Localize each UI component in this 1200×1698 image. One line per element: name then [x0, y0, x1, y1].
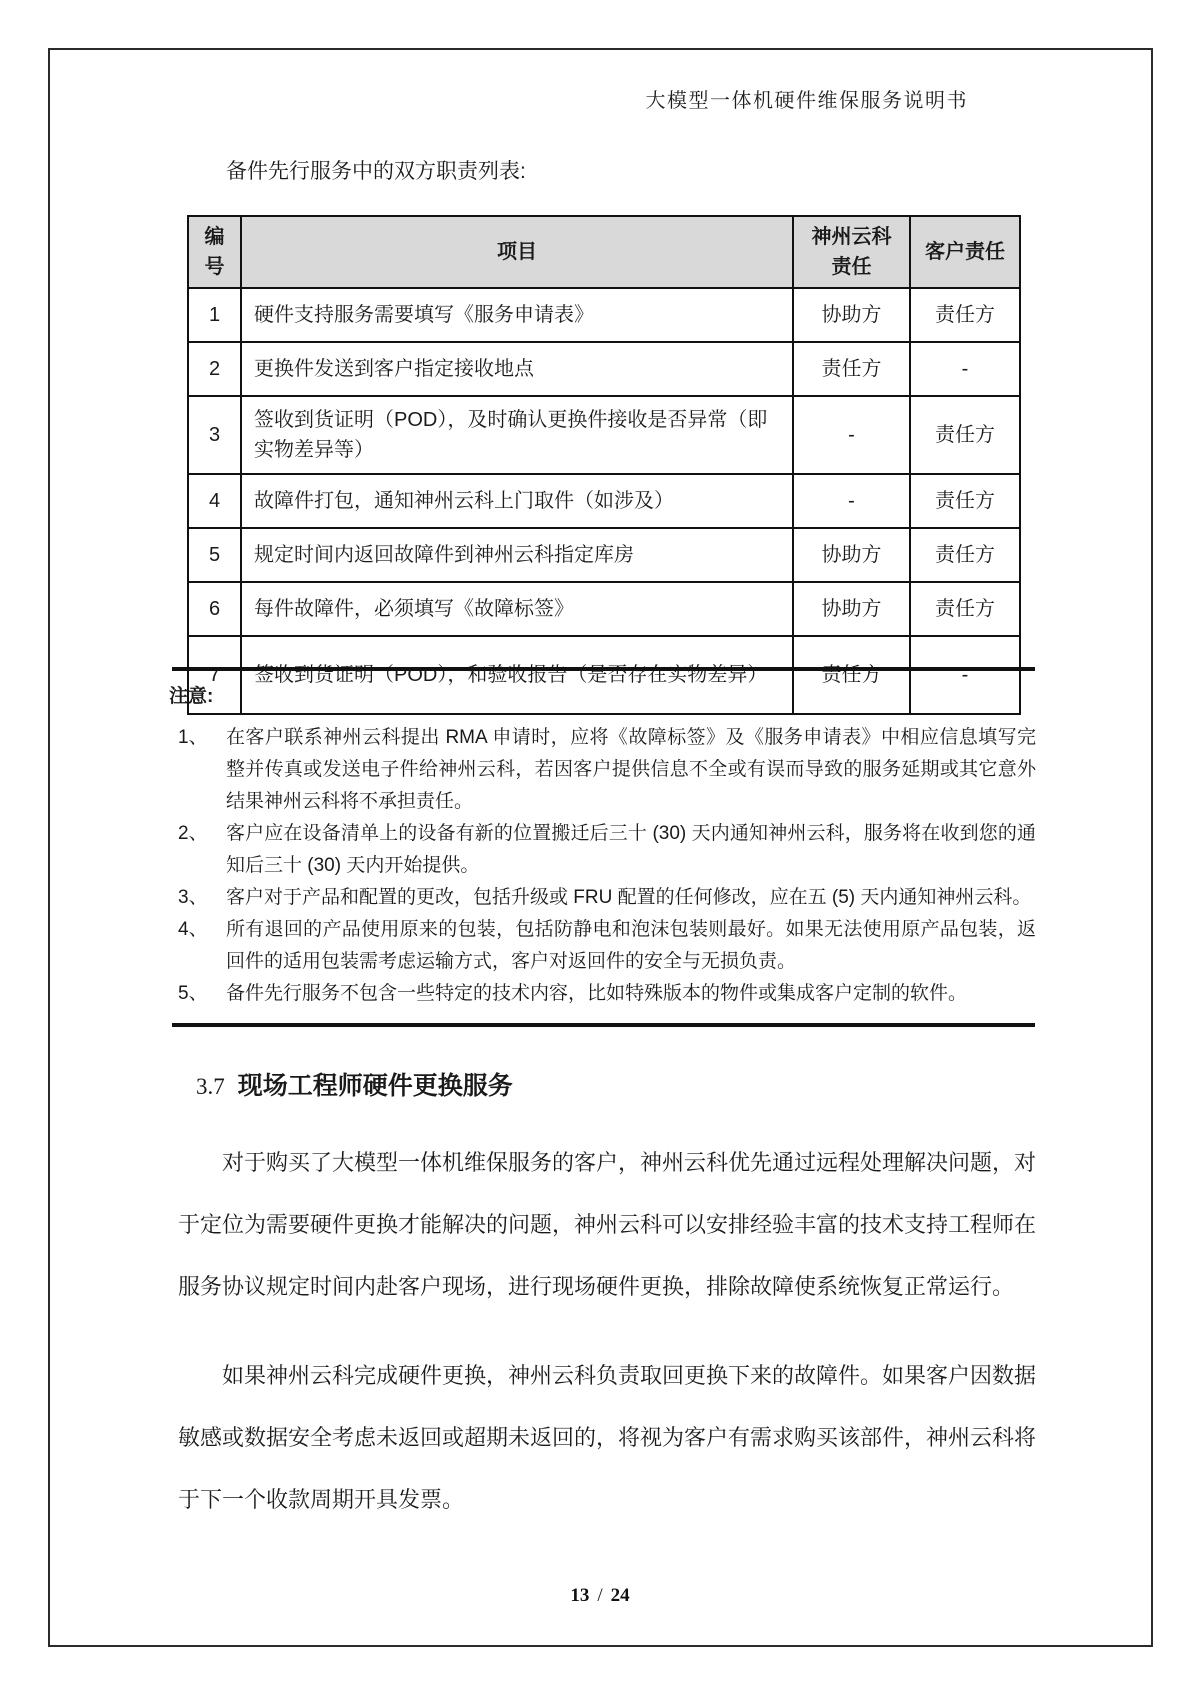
cell-item: 每件故障件，必须填写《故障标签》: [241, 582, 793, 636]
table-row: 7 签收到货证明（POD），和验收报告（是否存在实物差异） 责任方 -: [188, 636, 1020, 714]
notes-list: 1、 在客户联系神州云科提出 RMA 申请时，应将《故障标签》及《服务申请表》中…: [178, 722, 1036, 1010]
note-item: 4、 所有退回的产品使用原来的包装，包括防静电和泡沫包装则最好。如果无法使用原产…: [178, 914, 1036, 978]
responsibility-table: 编号 项目 神州云科 责任 客户责任 1 硬件支持服务需要填写《服务申请表》 协…: [187, 215, 1021, 715]
cell-vendor: 责任方: [793, 342, 910, 396]
cell-vendor: 责任方: [793, 636, 910, 714]
cell-vendor: 协助方: [793, 288, 910, 342]
header-cell-customer: 客户责任: [910, 216, 1020, 288]
cell-vendor: -: [793, 474, 910, 528]
header-vendor-line1: 神州云科: [800, 222, 903, 252]
cell-item: 硬件支持服务需要填写《服务申请表》: [241, 288, 793, 342]
note-number: 3、: [178, 882, 226, 914]
note-item: 2、 客户应在设备清单上的设备有新的位置搬迁后三十 (30) 天内通知神州云科，…: [178, 818, 1036, 882]
cell-item: 规定时间内返回故障件到神州云科指定库房: [241, 528, 793, 582]
footer-separator: /: [589, 1585, 610, 1606]
note-number: 5、: [178, 978, 226, 1010]
cell-customer: 责任方: [910, 396, 1020, 474]
cell-customer: 责任方: [910, 528, 1020, 582]
note-item: 5、 备件先行服务不包含一些特定的技术内容，比如特殊版本的物件或集成客户定制的软…: [178, 978, 1036, 1010]
cell-customer: -: [910, 636, 1020, 714]
cell-item: 签收到货证明（POD），及时确认更换件接收是否异常（即实物差异等）: [241, 396, 793, 474]
cell-vendor: -: [793, 396, 910, 474]
page-footer: 13/24: [0, 1585, 1200, 1607]
header-cell-vendor: 神州云科 责任: [793, 216, 910, 288]
cell-customer: 责任方: [910, 582, 1020, 636]
cell-customer: -: [910, 342, 1020, 396]
note-text: 备件先行服务不包含一些特定的技术内容，比如特殊版本的物件或集成客户定制的软件。: [226, 978, 1036, 1010]
cell-vendor: 协助方: [793, 582, 910, 636]
footer-page-number: 13: [570, 1585, 589, 1606]
document-page: 大模型一体机硬件维保服务说明书 备件先行服务中的双方职责列表: 编号 项目 神州…: [0, 0, 1200, 1698]
note-text: 所有退回的产品使用原来的包装，包括防静电和泡沫包装则最好。如果无法使用原产品包装…: [226, 914, 1036, 978]
cell-no: 1: [188, 288, 241, 342]
notes-label: 注意:: [169, 681, 213, 708]
table-row: 2 更换件发送到客户指定接收地点 责任方 -: [188, 342, 1020, 396]
cell-no: 2: [188, 342, 241, 396]
cell-item: 签收到货证明（POD），和验收报告（是否存在实物差异）: [241, 636, 793, 714]
note-text: 客户对于产品和配置的更改，包括升级或 FRU 配置的任何修改，应在五 (5) 天…: [226, 882, 1036, 914]
header-vendor-line2: 责任: [800, 252, 903, 282]
note-item: 3、 客户对于产品和配置的更改，包括升级或 FRU 配置的任何修改，应在五 (5…: [178, 882, 1036, 914]
note-number: 1、: [178, 722, 226, 818]
document-header-title: 大模型一体机硬件维保服务说明书: [48, 84, 968, 113]
body-paragraph: 如果神州云科完成硬件更换，神州云科负责取回更换下来的故障件。如果客户因数据敏感或…: [178, 1345, 1036, 1531]
section-heading: 3.7 现场工程师硬件更换服务: [196, 1066, 513, 1102]
cell-no: 5: [188, 528, 241, 582]
table-row: 5 规定时间内返回故障件到神州云科指定库房 协助方 责任方: [188, 528, 1020, 582]
note-text: 在客户联系神州云科提出 RMA 申请时，应将《故障标签》及《服务申请表》中相应信…: [226, 722, 1036, 818]
note-number: 2、: [178, 818, 226, 882]
cell-vendor: 协助方: [793, 528, 910, 582]
header-cell-item: 项目: [241, 216, 793, 288]
footer-page-total: 24: [611, 1585, 630, 1606]
cell-no: 6: [188, 582, 241, 636]
table-row: 1 硬件支持服务需要填写《服务申请表》 协助方 责任方: [188, 288, 1020, 342]
cell-item: 故障件打包，通知神州云科上门取件（如涉及）: [241, 474, 793, 528]
cell-no: 3: [188, 396, 241, 474]
note-item: 1、 在客户联系神州云科提出 RMA 申请时，应将《故障标签》及《服务申请表》中…: [178, 722, 1036, 818]
header-cell-no: 编号: [188, 216, 241, 288]
section-divider-rule-top: [172, 667, 1035, 671]
section-divider-rule-bottom: [172, 1023, 1035, 1027]
section-number: 3.7: [196, 1074, 225, 1100]
note-number: 4、: [178, 914, 226, 978]
cell-customer: 责任方: [910, 288, 1020, 342]
cell-item: 更换件发送到客户指定接收地点: [241, 342, 793, 396]
cell-no: 4: [188, 474, 241, 528]
table-row: 3 签收到货证明（POD），及时确认更换件接收是否异常（即实物差异等） - 责任…: [188, 396, 1020, 474]
table-intro-line: 备件先行服务中的双方职责列表:: [226, 155, 526, 185]
cell-customer: 责任方: [910, 474, 1020, 528]
section-title: 现场工程师硬件更换服务: [238, 1066, 513, 1102]
table-row: 4 故障件打包，通知神州云科上门取件（如涉及） - 责任方: [188, 474, 1020, 528]
table-row: 6 每件故障件，必须填写《故障标签》 协助方 责任方: [188, 582, 1020, 636]
body-paragraph: 对于购买了大模型一体机维保服务的客户，神州云科优先通过远程处理解决问题，对于定位…: [178, 1132, 1036, 1318]
note-text: 客户应在设备清单上的设备有新的位置搬迁后三十 (30) 天内通知神州云科，服务将…: [226, 818, 1036, 882]
table-header-row: 编号 项目 神州云科 责任 客户责任: [188, 216, 1020, 288]
